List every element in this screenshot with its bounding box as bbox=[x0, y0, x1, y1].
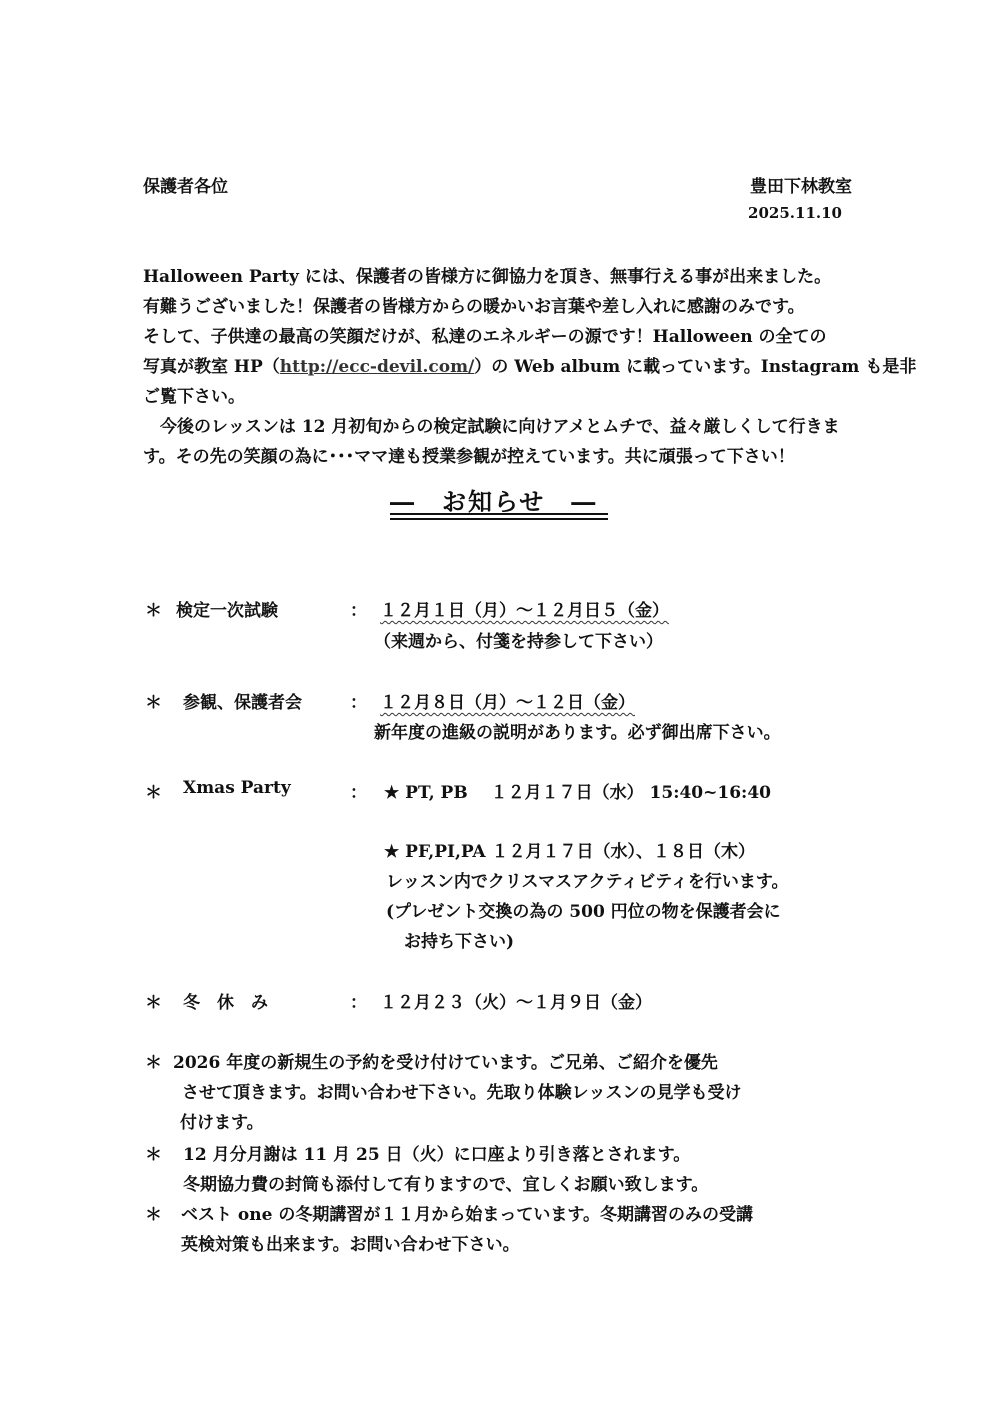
intro-line: そして、子供達の最高の笑顔だけが、私達のエネルギーの源です！Halloween … bbox=[143, 322, 827, 347]
item-colon: ： bbox=[350, 688, 367, 713]
intro-line: ご覧下さい。 bbox=[143, 382, 245, 407]
recipient: 保護者各位 bbox=[143, 172, 228, 197]
item-colon: ： bbox=[350, 778, 367, 803]
bullet-asterisk-icon: ＊ bbox=[145, 1200, 162, 1225]
item-date: １２月８日（月）～１２日（金） bbox=[380, 688, 635, 713]
intro-text: 写真が教室 HP（ bbox=[143, 357, 280, 377]
note-line: させて頂きます。お問い合わせ下さい。先取り体験レッスンの見学も受け bbox=[182, 1078, 741, 1103]
item-schedule-pf-pi-pa: ★ PF,PI,PA １２月１７日（水）、１８日（木） bbox=[384, 837, 755, 862]
intro-line: Halloween Party には、保護者の皆様方に御協力を頂き、無事行える事… bbox=[143, 262, 831, 287]
note-line: 英検対策も出来ます。お問い合わせ下さい。 bbox=[181, 1230, 520, 1255]
intro-line: 今後のレッスンは 12 月初旬からの検定試験に向けアメとムチで、益々厳しくして行… bbox=[143, 412, 840, 437]
homepage-link[interactable]: http://ecc-devil.com/ bbox=[280, 357, 475, 377]
bullet-asterisk-icon: ＊ bbox=[145, 596, 162, 621]
intro-text: ）の Web album に載っています。Instagram も是非 bbox=[474, 357, 916, 377]
note-line: 12 月分月謝は 11 月 25 日（火）に口座より引き落とされます。 bbox=[183, 1140, 690, 1165]
item-note: お持ち下さい) bbox=[404, 927, 514, 952]
item-date: １２月２３（火）～１月９日（金） bbox=[380, 988, 652, 1013]
note-line: 2026 年度の新規生の予約を受け付けています。ご兄弟、ご紹介を優先 bbox=[173, 1048, 718, 1073]
bullet-asterisk-icon: ＊ bbox=[145, 1140, 162, 1165]
item-schedule-pt-pb: ★ PT, PB １２月１７日（水） 15:40~16:40 bbox=[384, 778, 771, 803]
intro-line: 写真が教室 HP（http://ecc-devil.com/）の Web alb… bbox=[143, 352, 916, 377]
intro-line: す。その先の笑顔の為に･･･ママ達も授業参観が控えています。共に頑張って下さい！ bbox=[143, 442, 795, 467]
notice-title: ― お知らせ ― bbox=[390, 482, 597, 517]
bullet-asterisk-icon: ＊ bbox=[145, 1048, 162, 1073]
sender-name: 豊田下林教室 bbox=[750, 172, 852, 197]
item-label: 冬 休 み bbox=[183, 988, 268, 1013]
item-note: (プレゼント交換の為の 500 円位の物を保護者会に bbox=[386, 897, 781, 922]
item-label: 検定一次試験 bbox=[176, 596, 278, 621]
item-colon: ： bbox=[350, 596, 367, 621]
item-note: 新年度の進級の説明があります。必ず御出席下さい。 bbox=[374, 718, 781, 743]
document-date: 2025.11.10 bbox=[748, 204, 842, 222]
item-note: （来週から、付箋を持参して下さい） bbox=[374, 627, 663, 652]
bullet-asterisk-icon: ＊ bbox=[145, 988, 162, 1013]
item-date: １２月１日（月）～１２月日５（金） bbox=[380, 596, 669, 621]
intro-line: 有難うございました！保護者の皆様方からの暖かいお言葉や差し入れに感謝のみです。 bbox=[143, 292, 805, 317]
note-line: ベスト one の冬期講習が１１月から始まっています。冬期講習のみの受講 bbox=[181, 1200, 753, 1225]
bullet-asterisk-icon: ＊ bbox=[145, 688, 162, 713]
title-underline bbox=[390, 513, 608, 515]
item-colon: ： bbox=[350, 988, 367, 1013]
item-note: レッスン内でクリスマスアクティビティを行います。 bbox=[386, 867, 789, 892]
bullet-asterisk-icon: ＊ bbox=[145, 778, 162, 803]
note-line: 冬期協力費の封筒も添付して有りますので、宜しくお願い致します。 bbox=[183, 1170, 708, 1195]
note-line: 付けます。 bbox=[180, 1108, 264, 1133]
item-label: Xmas Party bbox=[183, 778, 291, 798]
item-label: 参観、保護者会 bbox=[183, 688, 302, 713]
title-underline bbox=[390, 518, 608, 520]
